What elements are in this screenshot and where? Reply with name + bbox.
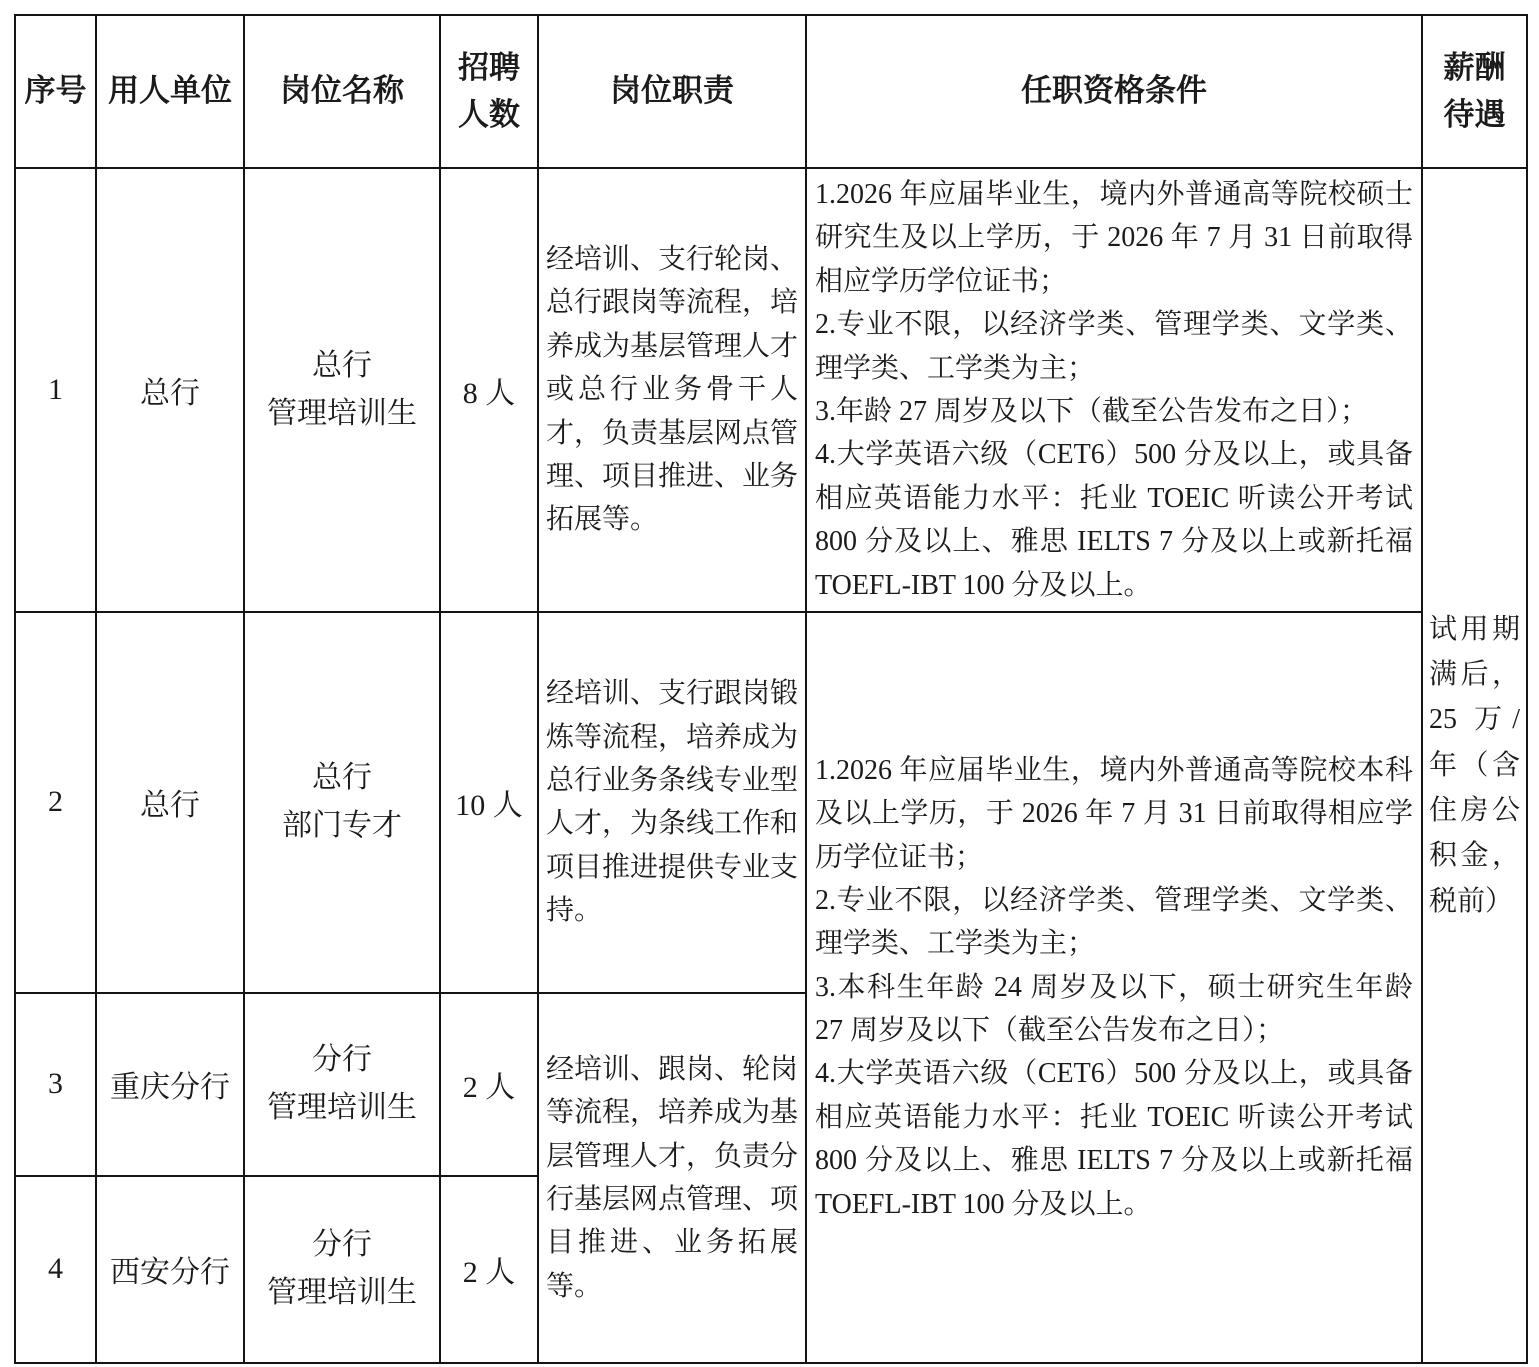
row-1-employer: 总行	[96, 168, 244, 612]
qualification-item: 1.2026 年应届毕业生，境内外普通高等院校硕士研究生及以上学历，于 2026…	[815, 173, 1413, 303]
header-headcount: 招聘 人数	[440, 15, 538, 168]
row-1-qualifications: 1.2026 年应届毕业生，境内外普通高等院校硕士研究生及以上学历，于 2026…	[806, 168, 1422, 612]
header-no: 序号	[15, 15, 96, 168]
header-row: 序号 用人单位 岗位名称 招聘 人数 岗位职责 任职资格条件 薪酬 待遇	[15, 15, 1527, 168]
row-1-position: 总行 管理培训生	[244, 168, 440, 612]
qualification-item: 1.2026 年应届毕业生，境内外普通高等院校本科及以上学历，于 2026 年 …	[815, 749, 1413, 879]
recruitment-table: 序号 用人单位 岗位名称 招聘 人数 岗位职责 任职资格条件 薪酬 待遇 1 总…	[14, 14, 1528, 1364]
row-3-no: 3	[15, 993, 96, 1176]
row-2-position: 总行 部门专才	[244, 612, 440, 993]
header-salary: 薪酬 待遇	[1422, 15, 1527, 168]
row-2-headcount: 10 人	[440, 612, 538, 993]
row-1-no: 1	[15, 168, 96, 612]
row-3-headcount: 2 人	[440, 993, 538, 1176]
header-employer: 用人单位	[96, 15, 244, 168]
row-1-headcount: 8 人	[440, 168, 538, 612]
rows-2-4-qualifications: 1.2026 年应届毕业生，境内外普通高等院校本科及以上学历，于 2026 年 …	[806, 612, 1422, 1363]
rows-3-4-duties: 经培训、跟岗、轮岗等流程，培养成为基层管理人才，负责分行基层网点管理、项目推进、…	[538, 993, 806, 1363]
qualification-item: 2.专业不限，以经济学类、管理学类、文学类、理学类、工学类为主；	[815, 879, 1413, 966]
document-page: { "page": { "background": "#ffffff", "bo…	[0, 0, 1539, 1367]
qualification-item: 3.本科生年龄 24 周岁及以下，硕士研究生年龄 27 周岁及以下（截至公告发布…	[815, 966, 1413, 1053]
header-position: 岗位名称	[244, 15, 440, 168]
table-row-1: 1 总行 总行 管理培训生 8 人 经培训、支行轮岗、总行跟岗等流程，培养成为基…	[15, 168, 1527, 612]
header-qualifications: 任职资格条件	[806, 15, 1422, 168]
table-row-2: 2 总行 总行 部门专才 10 人 经培训、支行跟岗锻炼等流程，培养成为总行业务…	[15, 612, 1527, 993]
recruitment-table-sheet: 序号 用人单位 岗位名称 招聘 人数 岗位职责 任职资格条件 薪酬 待遇 1 总…	[14, 14, 1528, 1364]
qualification-item: 3.年龄 27 周岁及以下（截至公告发布之日）；	[815, 390, 1413, 433]
qualification-item: 4.大学英语六级（CET6）500 分及以上，或具备相应英语能力水平：托业 TO…	[815, 1052, 1413, 1226]
row-3-employer: 重庆分行	[96, 993, 244, 1176]
row-3-position: 分行 管理培训生	[244, 993, 440, 1176]
qualification-item: 2.专业不限，以经济学类、管理学类、文学类、理学类、工学类为主；	[815, 303, 1413, 390]
row-4-position: 分行 管理培训生	[244, 1176, 440, 1363]
row-2-no: 2	[15, 612, 96, 993]
row-4-employer: 西安分行	[96, 1176, 244, 1363]
row-1-duties: 经培训、支行轮岗、总行跟岗等流程，培养成为基层管理人才或总行业务骨干人才，负责基…	[538, 168, 806, 612]
qualification-item: 4.大学英语六级（CET6）500 分及以上，或具备相应英语能力水平：托业 TO…	[815, 433, 1413, 607]
salary-cell: 试用期满后，25 万/年（含住房公积金，税前）	[1422, 168, 1527, 1363]
header-duties: 岗位职责	[538, 15, 806, 168]
row-4-no: 4	[15, 1176, 96, 1363]
row-2-duties: 经培训、支行跟岗锻炼等流程，培养成为总行业务条线专业型人才，为条线工作和项目推进…	[538, 612, 806, 993]
row-4-headcount: 2 人	[440, 1176, 538, 1363]
row-2-employer: 总行	[96, 612, 244, 993]
